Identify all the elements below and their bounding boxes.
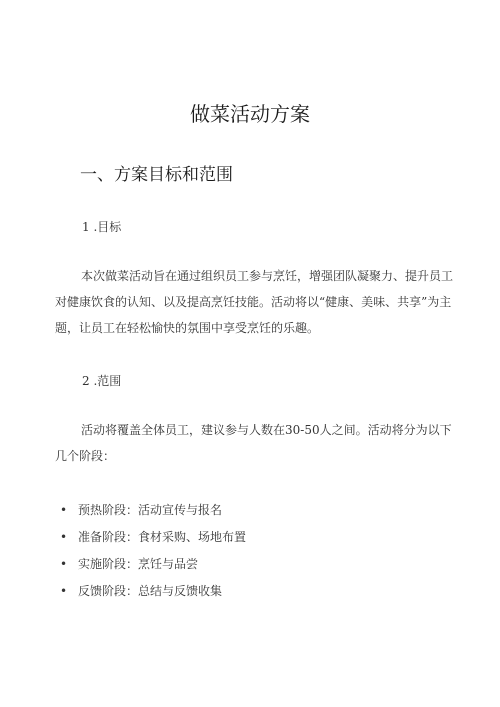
bullet-icon: • <box>60 551 78 578</box>
stage-list: •预热阶段：活动宣传与报名 •准备阶段：食材采购、场地布置 •实施阶段：烹饪与品… <box>60 497 246 605</box>
bullet-icon: • <box>60 524 78 551</box>
scope-paragraph: 活动将覆盖全体员工，建议参与人数在30-50人之间。活动将分为以下几个阶段： <box>55 417 455 469</box>
stage-text: 反馈阶段：总结与反馈收集 <box>78 584 222 598</box>
list-item: •预热阶段：活动宣传与报名 <box>60 497 246 524</box>
stage-text: 准备阶段：食材采购、场地布置 <box>78 530 246 544</box>
stage-text: 预热阶段：活动宣传与报名 <box>78 503 222 517</box>
subheading-scope: 2 .范围 <box>82 372 121 389</box>
bullet-icon: • <box>60 497 78 524</box>
section-heading-goals-scope: 一、方案目标和范围 <box>80 160 233 185</box>
document-title: 做菜活动方案 <box>0 98 500 127</box>
list-item: •实施阶段：烹饪与品尝 <box>60 551 246 578</box>
stage-text: 实施阶段：烹饪与品尝 <box>78 557 198 571</box>
list-item: •准备阶段：食材采购、场地布置 <box>60 524 246 551</box>
list-item: •反馈阶段：总结与反馈收集 <box>60 578 246 605</box>
bullet-icon: • <box>60 578 78 605</box>
goal-paragraph: 本次做菜活动旨在通过组织员工参与烹饪，增强团队凝聚力、提升员工对健康饮食的认知、… <box>55 263 455 341</box>
subheading-goal: 1 .目标 <box>82 218 121 235</box>
